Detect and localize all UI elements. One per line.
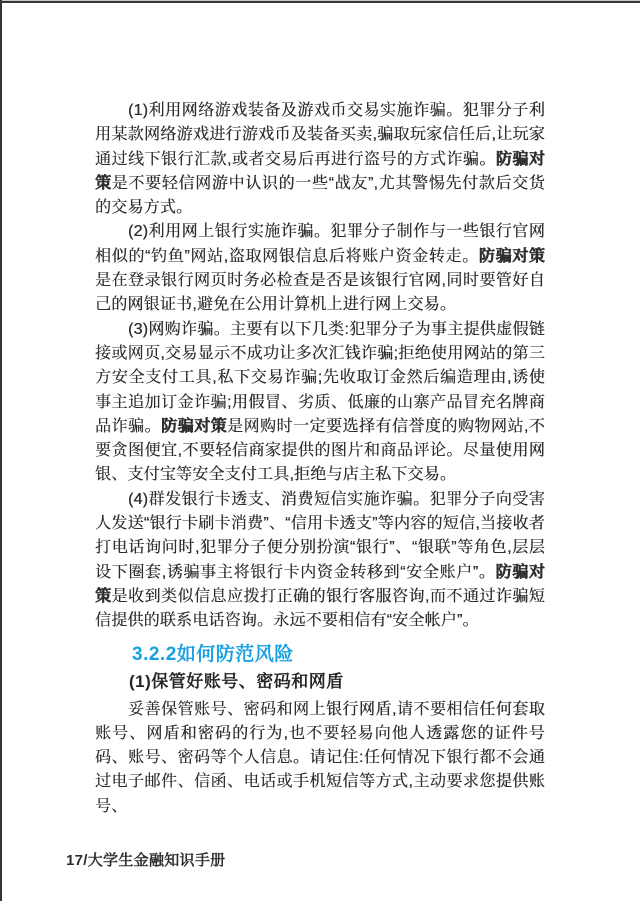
- subsection-heading: (1)保管好账号、密码和网盾: [129, 672, 545, 692]
- paragraph-fraud-type-3: (3)网购诈骗。主要有以下几类:犯罪分子为事主提供虚假链接或网页,交易显示不成功…: [95, 318, 545, 488]
- page-number-text: 17/大学生金融知识手册: [66, 852, 225, 869]
- paragraph-protect-account: 妥善保管账号、密码和网上银行网盾,请不要相信任何套取账号、网盾和密码的行为,也不…: [95, 698, 545, 819]
- section-heading: 3.2.2如何防范风险: [132, 644, 545, 666]
- paragraph-fraud-type-4: (4)群发银行卡透支、消费短信实施诈骗。犯罪分子向受害人发送“银行卡刷卡消费”、…: [95, 488, 545, 634]
- page-top-rule: [0, 0, 640, 3]
- page-left-rule: [0, 0, 2, 901]
- page-footer: 17/大学生金融知识手册: [66, 849, 225, 870]
- paragraph-fraud-type-2: (2)利用网上银行实施诈骗。犯罪分子制作与一些银行官网相似的“钓鱼”网站,盗取网…: [95, 220, 545, 317]
- paragraph-fraud-type-1: (1)利用网络游戏装备及游戏币交易实施诈骗。犯罪分子利用某款网络游戏进行游戏币及…: [95, 99, 545, 220]
- page-content: (1)利用网络游戏装备及游戏币交易实施诈骗。犯罪分子利用某款网络游戏进行游戏币及…: [95, 99, 545, 819]
- handbook-page: (1)利用网络游戏装备及游戏币交易实施诈骗。犯罪分子利用某款网络游戏进行游戏币及…: [0, 0, 640, 901]
